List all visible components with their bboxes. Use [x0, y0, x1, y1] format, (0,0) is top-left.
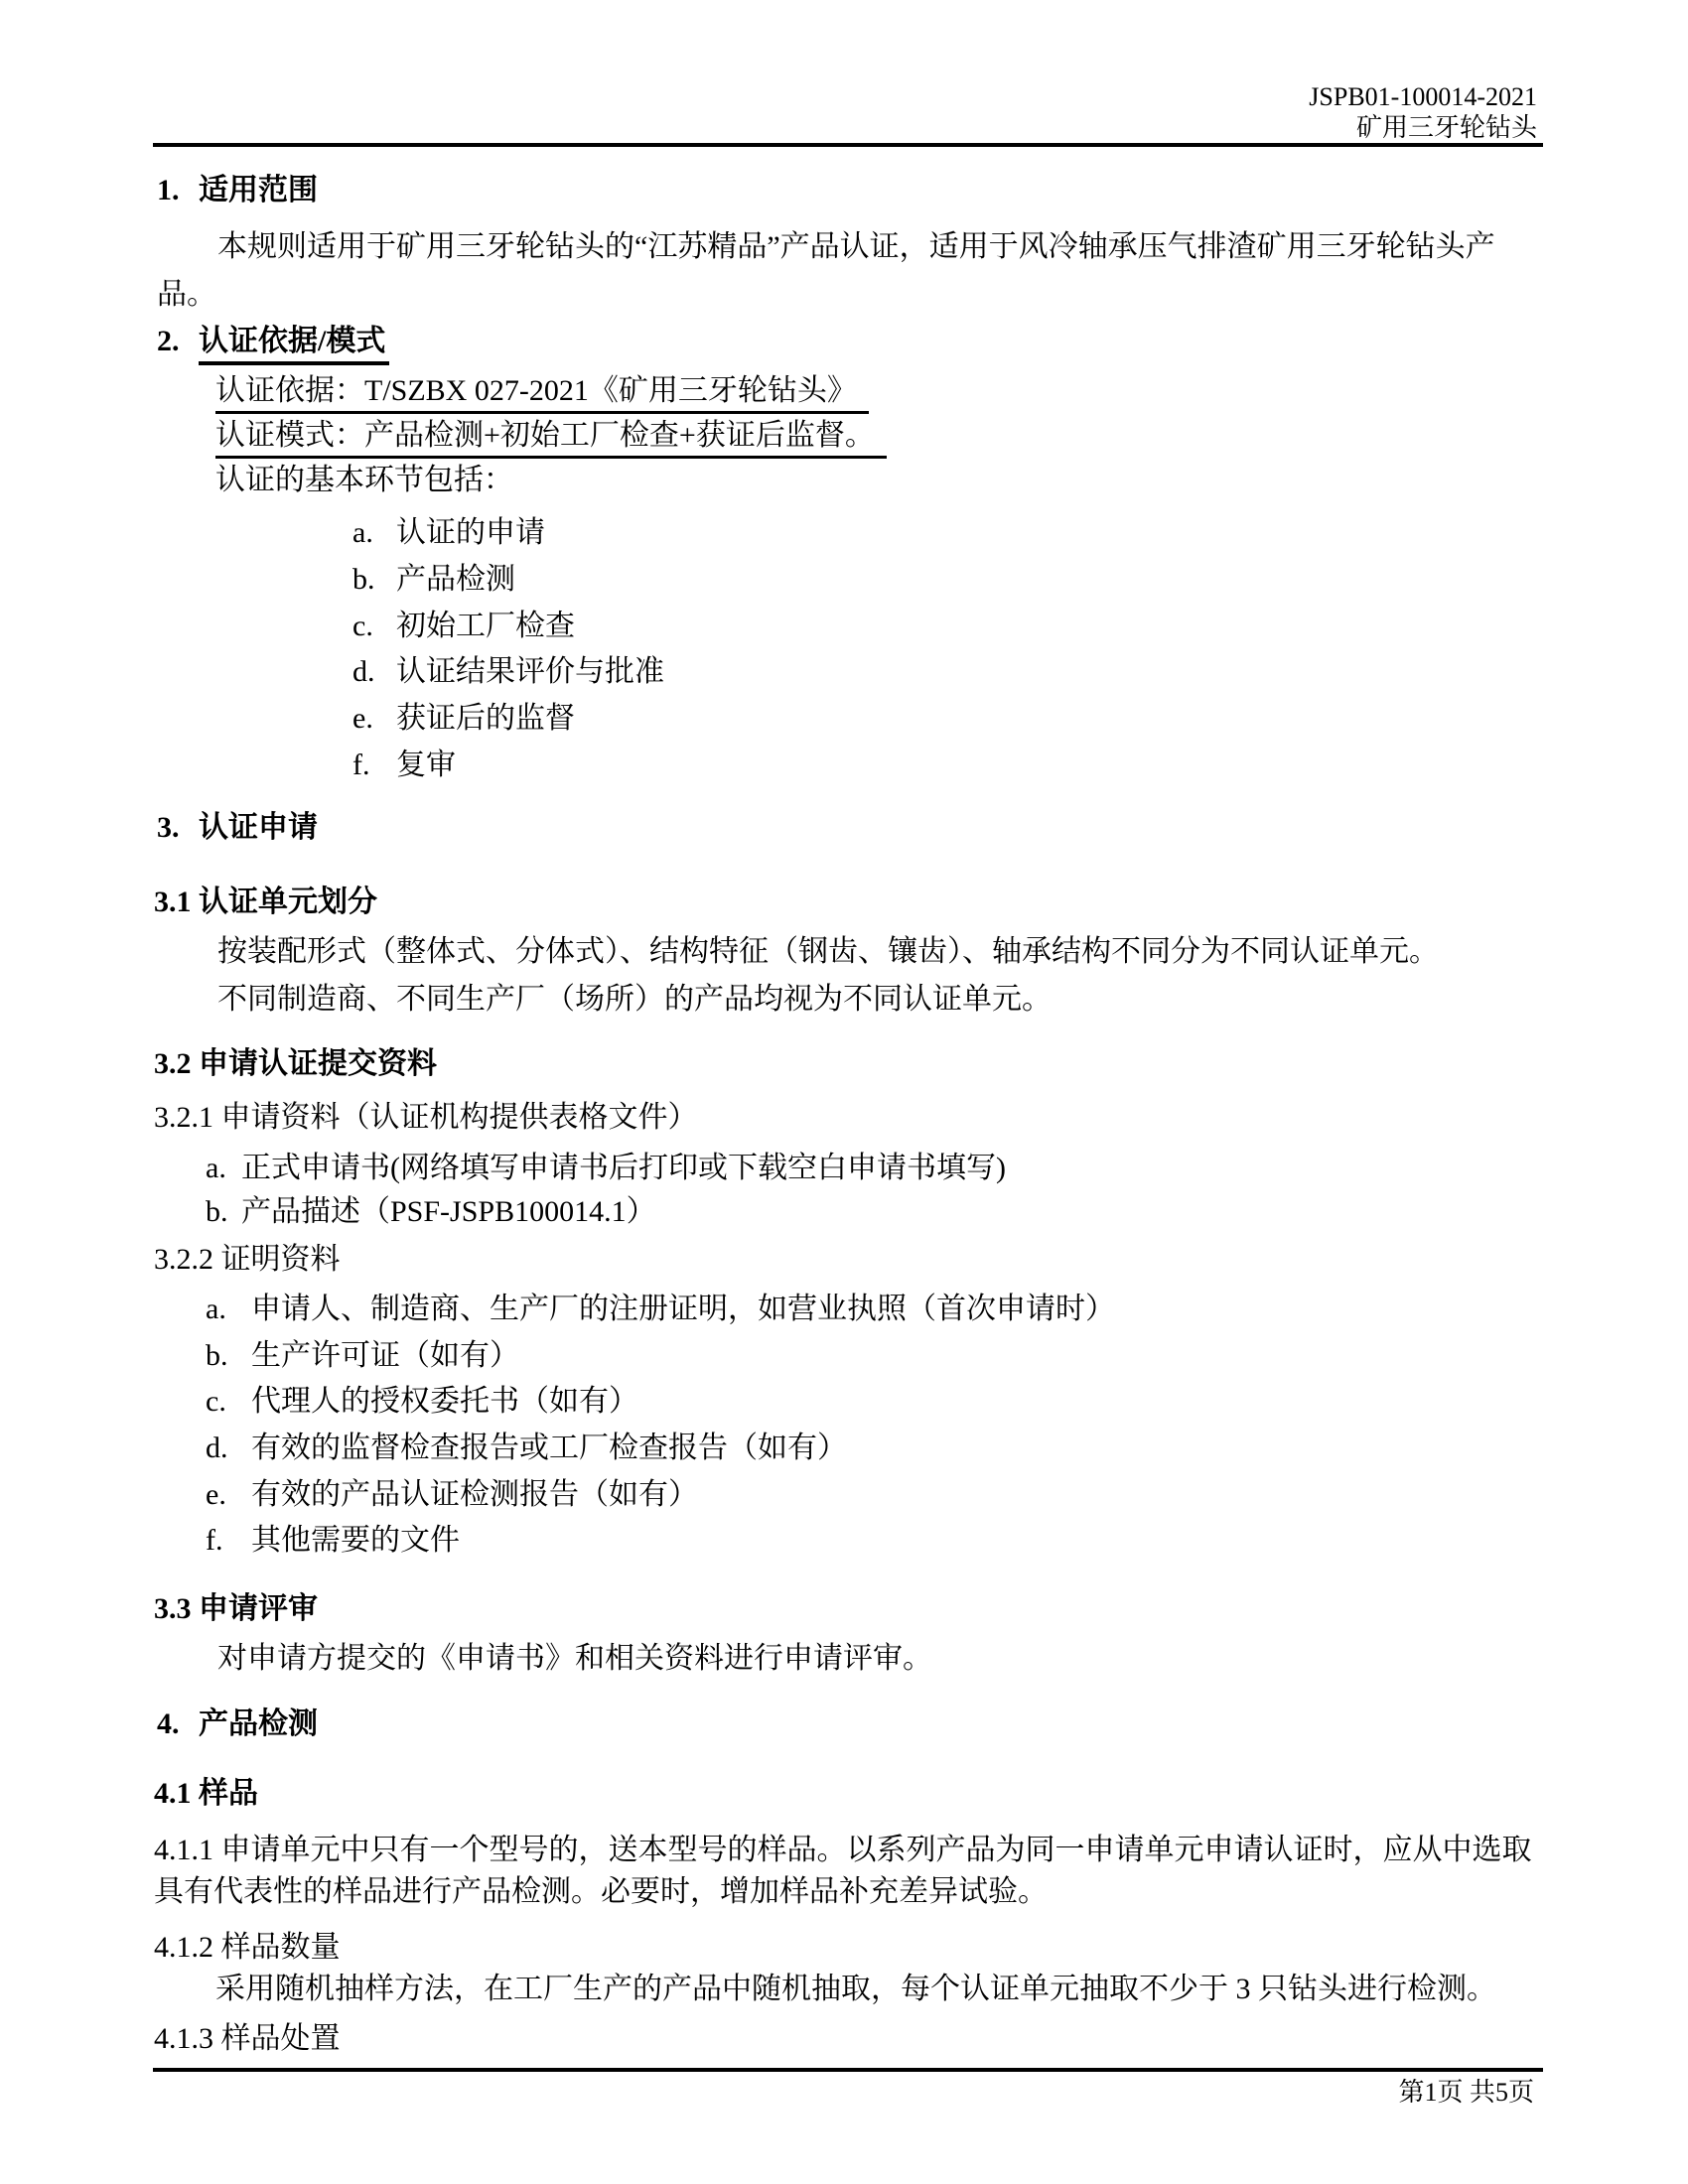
list-item-label: a. — [206, 1292, 251, 1327]
list-item-text: 正式申请书(网络填写申请书后打印或下载空白申请书填写) — [241, 1152, 1006, 1184]
list-item-proof-e: e.有效的产品认证检测报告（如有） — [206, 1477, 698, 1513]
list-item-text: 其他需要的文件 — [251, 1524, 460, 1557]
section-3-1-line1: 按装配形式（整体式、分体式）、结构特征（钢齿、镶齿）、轴承结构不同分为不同认证单… — [217, 934, 1439, 970]
section-4-1-2-paragraph: 采用随机抽样方法，在工厂生产的产品中随机抽取，每个认证单元抽取不少于 3 只钻头… — [215, 1972, 1496, 2007]
section-4-1-2-heading: 4.1.2 样品数量 — [154, 1930, 341, 1966]
section-3-2-2-heading: 3.2.2 证明资料 — [154, 1242, 341, 1278]
list-item-step-b: b.产品检测 — [352, 562, 515, 598]
list-item-apply-a: a.正式申请书(网络填写申请书后打印或下载空白申请书填写) — [206, 1151, 1006, 1186]
list-item-label: e. — [206, 1477, 251, 1513]
list-item-step-d: d.认证结果评价与批准 — [352, 654, 664, 690]
list-item-text: 申请人、制造商、生产厂的注册证明，如营业执照（首次申请时） — [251, 1293, 1115, 1325]
list-item-proof-c: c.代理人的授权委托书（如有） — [206, 1384, 638, 1420]
section-4-1-3-heading: 4.1.3 样品处置 — [154, 2021, 341, 2057]
section-3-3-paragraph: 对申请方提交的《申请书》和相关资料进行申请评审。 — [217, 1641, 932, 1677]
list-item-text: 代理人的授权委托书（如有） — [251, 1385, 638, 1418]
section-1-title: 适用范围 — [199, 174, 318, 206]
document-page: JSPB01-100014-2021 矿用三牙轮钻头 1.适用范围 本规则适用于… — [0, 0, 1688, 2184]
section-3-number: 3. — [157, 810, 199, 846]
list-item-text: 初始工厂检查 — [396, 610, 575, 642]
section-1-paragraph-line1: 本规则适用于矿用三牙轮钻头的“江苏精品”产品认证，适用于风冷轴承压气排渣矿用三牙… — [217, 229, 1495, 265]
list-item-text: 复审 — [396, 749, 456, 781]
page-number: 第1页 共5页 — [1398, 2078, 1534, 2108]
section-1-heading: 1.适用范围 — [157, 173, 318, 208]
page-header: JSPB01-100014-2021 矿用三牙轮钻头 — [1309, 81, 1537, 143]
section-3-title: 认证申请 — [199, 811, 318, 844]
section-4-number: 4. — [157, 1706, 199, 1742]
section-4-heading: 4.产品检测 — [157, 1706, 318, 1742]
certification-mode-text: 认证模式：产品检测+初始工厂检查+获证后监督。 — [215, 418, 887, 459]
list-item-step-c: c.初始工厂检查 — [352, 609, 575, 644]
list-item-label: a. — [206, 1151, 241, 1186]
list-item-text: 认证的申请 — [396, 516, 545, 549]
certification-basis-text: 认证依据：T/SZBX 027-2021《矿用三牙轮钻头》 — [215, 373, 869, 414]
list-item-label: b. — [352, 562, 396, 598]
header-doc-title: 矿用三牙轮钻头 — [1309, 112, 1537, 143]
header-rule — [153, 143, 1543, 147]
list-item-step-e: e.获证后的监督 — [352, 701, 575, 737]
list-item-label: b. — [206, 1194, 241, 1230]
section-4-1-1-line1: 4.1.1 申请单元中只有一个型号的，送本型号的样品。以系列产品为同一申请单元申… — [154, 1833, 1532, 1868]
certification-steps-intro: 认证的基本环节包括： — [215, 463, 513, 498]
list-item-apply-b: b.产品描述（PSF-JSPB100014.1） — [206, 1194, 656, 1230]
list-item-text: 产品描述（PSF-JSPB100014.1） — [241, 1195, 656, 1228]
list-item-step-a: a.认证的申请 — [352, 515, 545, 551]
list-item-text: 有效的产品认证检测报告（如有） — [251, 1478, 698, 1511]
list-item-label: e. — [352, 701, 396, 737]
section-1-number: 1. — [157, 173, 199, 208]
certification-mode-line: 认证模式：产品检测+初始工厂检查+获证后监督。 — [215, 418, 887, 459]
section-4-1-1-line2: 具有代表性的样品进行产品检测。必要时，增加样品补充差异试验。 — [154, 1874, 1048, 1910]
list-item-label: a. — [352, 515, 396, 551]
section-2-heading: 2.认证依据/模式 — [157, 324, 389, 365]
section-3-2-heading: 3.2 申请认证提交资料 — [154, 1046, 437, 1082]
section-3-1-line2: 不同制造商、不同生产厂（场所）的产品均视为不同认证单元。 — [217, 982, 1052, 1018]
list-item-proof-a: a.申请人、制造商、生产厂的注册证明，如营业执照（首次申请时） — [206, 1292, 1115, 1327]
list-item-proof-d: d.有效的监督检查报告或工厂检查报告（如有） — [206, 1431, 847, 1466]
list-item-text: 产品检测 — [396, 563, 515, 596]
list-item-step-f: f.复审 — [352, 748, 456, 783]
section-2-number: 2. — [157, 324, 199, 359]
header-doc-code: JSPB01-100014-2021 — [1309, 81, 1537, 112]
section-3-heading: 3.认证申请 — [157, 810, 318, 846]
footer-rule — [153, 2068, 1543, 2072]
list-item-label: d. — [352, 654, 396, 690]
section-2-title: 认证依据/模式 — [199, 324, 389, 365]
list-item-text: 生产许可证（如有） — [251, 1339, 519, 1372]
list-item-label: c. — [352, 609, 396, 644]
list-item-label: f. — [352, 748, 396, 783]
section-3-2-1-heading: 3.2.1 申请资料（认证机构提供表格文件） — [154, 1100, 698, 1136]
list-item-label: d. — [206, 1431, 251, 1466]
section-3-3-heading: 3.3 申请评审 — [154, 1591, 318, 1627]
list-item-label: c. — [206, 1384, 251, 1420]
list-item-label: f. — [206, 1523, 251, 1559]
section-4-1-heading: 4.1 样品 — [154, 1776, 258, 1812]
section-1-paragraph-line2: 品。 — [157, 277, 216, 313]
list-item-proof-b: b.生产许可证（如有） — [206, 1338, 519, 1374]
section-3-1-heading: 3.1 认证单元划分 — [154, 885, 377, 920]
certification-basis-line: 认证依据：T/SZBX 027-2021《矿用三牙轮钻头》 — [215, 373, 869, 414]
list-item-proof-f: f.其他需要的文件 — [206, 1523, 460, 1559]
list-item-text: 有效的监督检查报告或工厂检查报告（如有） — [251, 1432, 847, 1464]
list-item-text: 认证结果评价与批准 — [396, 655, 664, 688]
list-item-text: 获证后的监督 — [396, 702, 575, 735]
section-4-title: 产品检测 — [199, 1707, 318, 1740]
list-item-label: b. — [206, 1338, 251, 1374]
